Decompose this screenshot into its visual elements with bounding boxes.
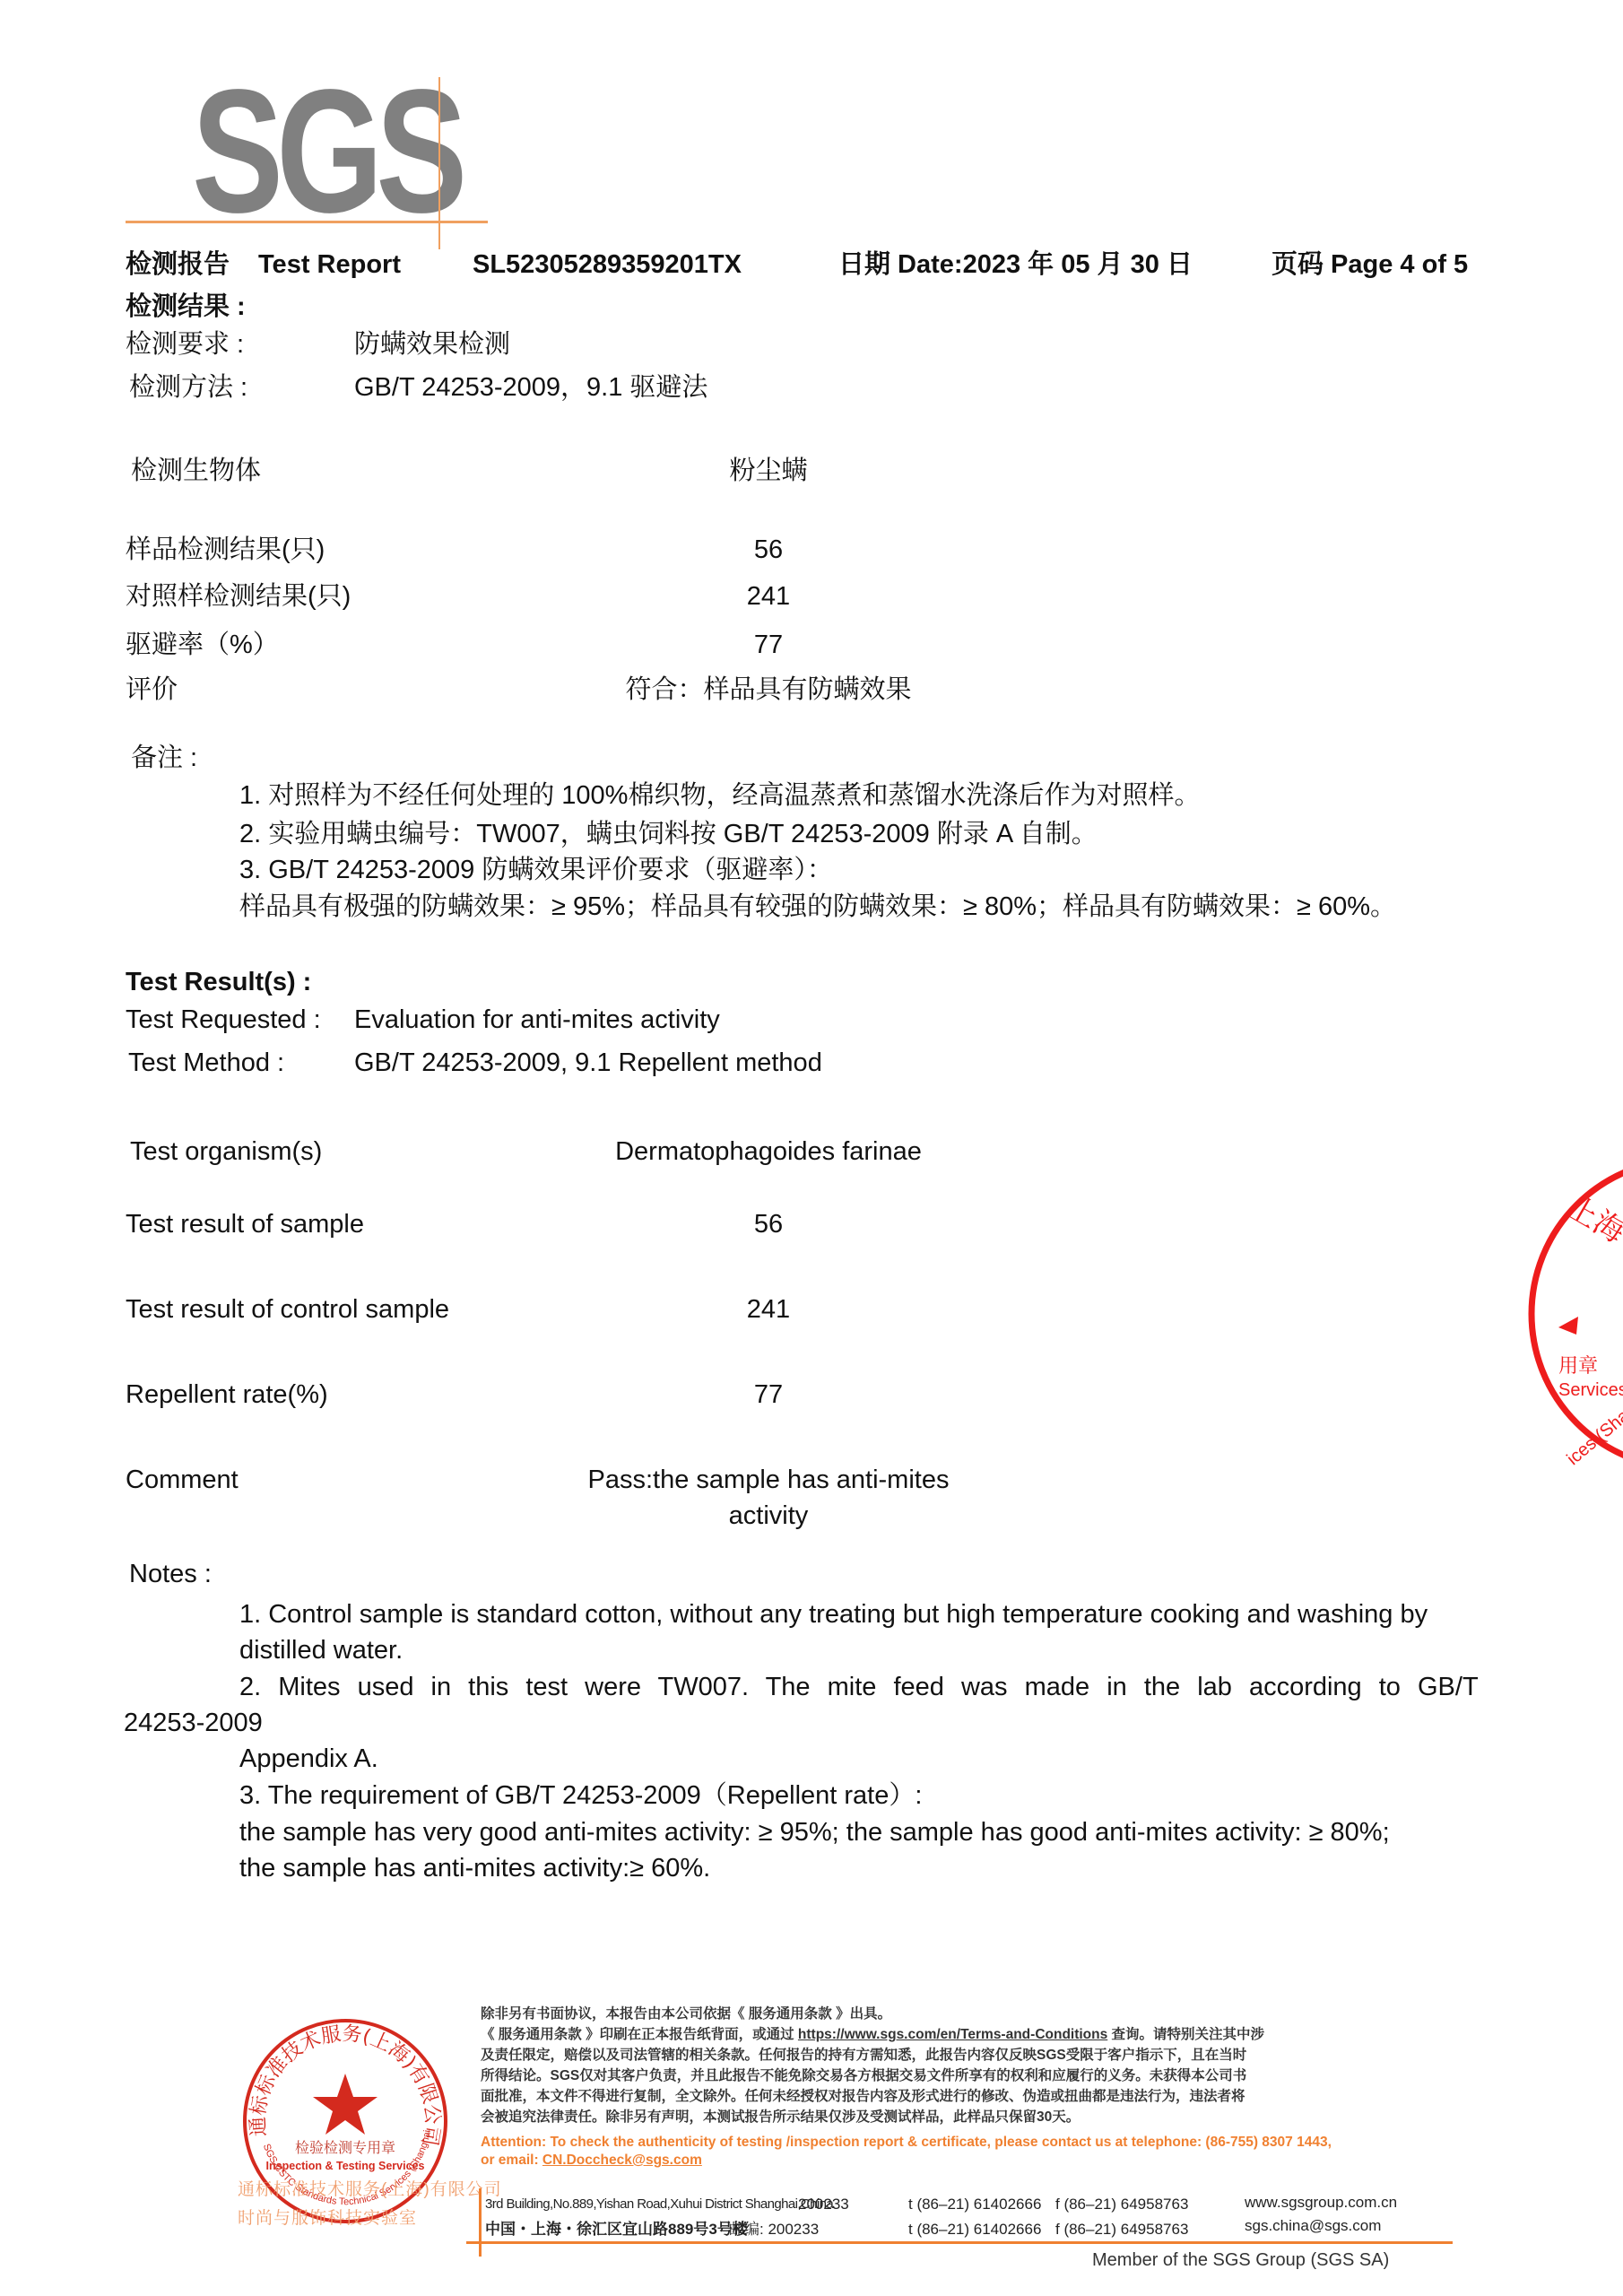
telephone: t (86–21) 61402666 — [908, 2220, 1041, 2239]
disclaimer-line: 除非另有书面协议，本报告由本公司依据《 服务通用条款 》出具。 — [481, 2005, 891, 2023]
en-row-value: Pass:the sample has anti-mites — [588, 1465, 950, 1495]
cn-note: 样品具有极强的防螨效果：≥ 95%；样品具有较强的防螨效果：≥ 80%；样品具有… — [239, 891, 1396, 922]
report-date: 日期 Date:2023 年 05 月 30 日 — [838, 249, 1193, 280]
en-row-label: Comment — [126, 1465, 239, 1495]
en-row-label: Test organism(s) — [130, 1136, 322, 1167]
report-label-cn: 检测报告 — [126, 249, 230, 280]
report-label-en: Test Report — [258, 249, 401, 280]
disclaimer-text: 《 服务通用条款 》印刷在正本报告纸背面，或通过 — [481, 2027, 798, 2042]
en-note: the sample has anti-mites activity:≥ 60%… — [239, 1853, 710, 1883]
cn-note: 2. 实验用螨虫编号：TW007，螨虫饲料按 GB/T 24253-2009 附… — [239, 819, 1098, 849]
disclaimer-line: 会被追究法律责任。除非另有声明，本测试报告所示结果仅涉及受测试样品，此样品只保留… — [481, 2108, 1080, 2126]
cn-row-value: 粉尘螨 — [729, 456, 807, 486]
en-method-value: GB/T 24253-2009, 9.1 Repellent method — [354, 1048, 822, 1078]
en-row-value: 241 — [747, 1294, 790, 1325]
report-number: SL52305289359201TX — [473, 249, 742, 280]
cn-row-value: 241 — [747, 581, 790, 612]
attention-email-prefix: or email: — [481, 2152, 542, 2168]
lab-org-line2: 时尚与服饰科技实验室 — [238, 2208, 417, 2230]
en-notes-title: Notes : — [129, 1559, 212, 1589]
postcode-en: 200233 — [798, 2195, 849, 2214]
cn-row-value: 符合：样品具有防螨效果 — [625, 674, 911, 705]
report-page: SGS 检测报告 Test Report SL52305289359201TX … — [0, 0, 1623, 2296]
fax: f (86–21) 64958763 — [1055, 2195, 1188, 2214]
cn-row-label: 评价 — [126, 674, 178, 705]
en-note: 2. Mites used in this test were TW007. T… — [239, 1672, 1479, 1702]
en-note: 24253-2009 — [124, 1708, 263, 1738]
en-row-label: Test result of control sample — [126, 1294, 449, 1325]
side-stamp-en: Services — [1558, 1380, 1623, 1400]
member-line: Member of the SGS Group (SGS SA) — [1092, 2233, 1389, 2287]
en-row-value: 56 — [754, 1209, 783, 1239]
cn-row-label: 驱避率（%） — [126, 630, 279, 660]
cn-note: 1. 对照样为不经任何处理的 100%棉织物，经高温蒸煮和蒸馏水洗涤后作为对照样… — [239, 780, 1200, 811]
footer-accent-bar — [479, 2188, 482, 2257]
en-row-label: Repellent rate(%) — [126, 1379, 328, 1410]
logo-rule-vertical — [438, 77, 440, 249]
cn-row-label: 对照样检测结果(只) — [126, 581, 351, 612]
disclaimer-line: 《 服务通用条款 》印刷在正本报告纸背面，或通过 https://www.sgs… — [481, 2025, 1264, 2044]
en-row-value-cont: activity — [729, 1500, 809, 1531]
terms-link[interactable]: https://www.sgs.com/en/Terms-and-Conditi… — [798, 2027, 1107, 2042]
doccheck-email-link[interactable]: CN.Doccheck@sgs.com — [542, 2152, 702, 2168]
cn-note: 3. GB/T 24253-2009 防螨效果评价要求（驱避率）： — [239, 855, 833, 885]
disclaimer-line: 面批准，本文件不得进行复制，全文除外。任何未经授权对报告内容及形式进行的修改、伪… — [481, 2087, 1245, 2106]
logo-rule-horizontal — [126, 221, 488, 223]
cn-section-title: 检测结果 : — [126, 291, 246, 322]
en-note: the sample has very good anti-mites acti… — [239, 1817, 1390, 1848]
website-link[interactable]: www.sgsgroup.com.cn — [1245, 2193, 1397, 2213]
cn-method-value: GB/T 24253-2009，9.1 驱避法 — [354, 372, 707, 403]
cn-requested-label: 检测要求 : — [126, 329, 244, 360]
side-stamp: 上海 用章 Services ices (Shangh — [1524, 1148, 1623, 1480]
cn-row-label: 样品检测结果(只) — [126, 535, 325, 565]
cn-method-label: 检测方法 : — [129, 372, 247, 403]
en-method-label: Test Method : — [128, 1048, 284, 1078]
en-section-title: Test Result(s) : — [126, 967, 311, 997]
lab-org-line1: 通标标准技术服务(上海)有限公司 — [238, 2179, 502, 2201]
cn-requested-value: 防螨效果检测 — [354, 329, 510, 360]
cn-row-value: 77 — [754, 630, 783, 660]
en-note: 3. The requirement of GB/T 24253-2009（Re… — [239, 1780, 922, 1811]
stamp-center-cn: 检验检测专用章 — [295, 2139, 395, 2156]
en-row-value: Dermatophagoides farinae — [615, 1136, 922, 1167]
star-icon — [313, 2074, 378, 2135]
address-cn: 中国・上海・徐汇区宜山路889号3号楼 — [485, 2220, 748, 2239]
en-requested-value: Evaluation for anti-mites activity — [354, 1004, 720, 1035]
en-note: 1. Control sample is standard cotton, wi… — [239, 1599, 1428, 1630]
disclaimer-line: 及责任限定，赔偿以及司法管辖的相关条款。任何报告的持有方需知悉，此报告内容仅反映… — [481, 2046, 1246, 2065]
en-note: Appendix A. — [239, 1744, 378, 1774]
side-stamp-center: 用章 — [1558, 1355, 1598, 1378]
sgs-logo-text: SGS — [192, 75, 460, 228]
cn-row-value: 56 — [754, 535, 783, 565]
en-row-value: 77 — [754, 1379, 783, 1410]
attention-line: Attention: To check the authenticity of … — [481, 2133, 1332, 2152]
attention-email-line: or email: CN.Doccheck@sgs.com — [481, 2151, 702, 2170]
page-number: 页码 Page 4 of 5 — [1271, 249, 1468, 280]
en-requested-label: Test Requested : — [126, 1004, 321, 1035]
en-note: distilled water. — [239, 1635, 403, 1665]
cn-row-label: 检测生物体 — [131, 456, 261, 486]
cn-notes-title: 备注 : — [131, 743, 197, 773]
side-stamp-cn: 上海 — [1560, 1189, 1623, 1251]
en-row-label: Test result of sample — [126, 1209, 364, 1239]
postcode-cn: 邮编: 200233 — [729, 2220, 819, 2239]
stamp-center-en: Inspection & Testing Services — [266, 2160, 425, 2172]
disclaimer-line: 所得结论。SGS仅对其客户负责，并且此报告不能免除交易各方根据交易文件所享有的权… — [481, 2066, 1246, 2085]
disclaimer-text: 查询。请特别关注其中涉 — [1107, 2027, 1264, 2042]
telephone: t (86–21) 61402666 — [908, 2195, 1041, 2214]
address-en: 3rd Building,No.889,Yishan Road,Xuhui Di… — [485, 2195, 833, 2214]
